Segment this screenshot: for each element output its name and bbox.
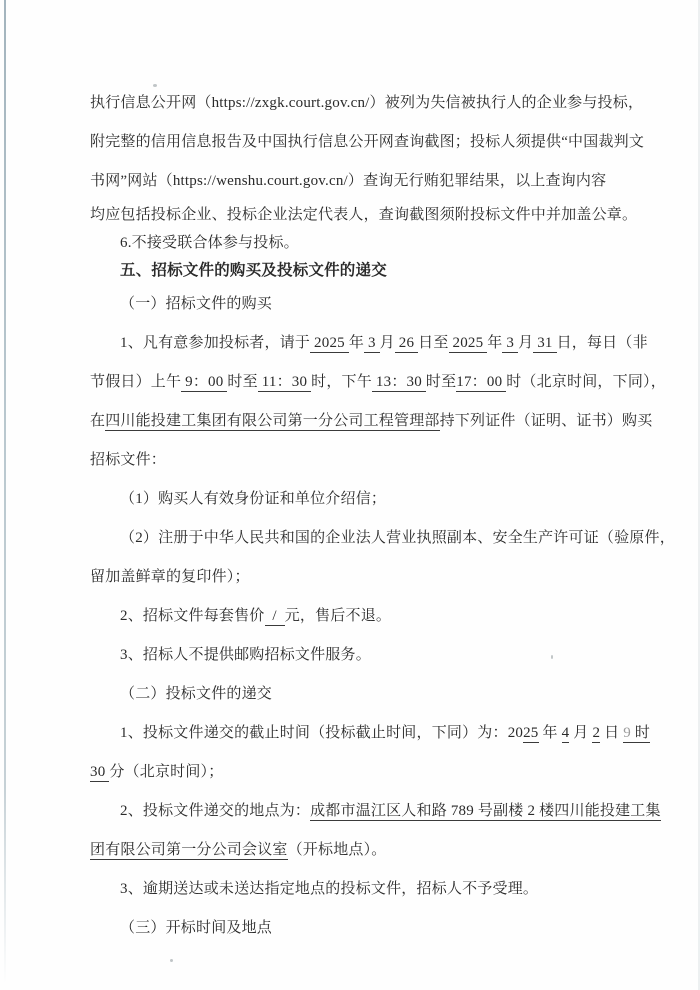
underlined-text-segment: 2025 [449,335,488,353]
underlined-text-segment: 13：30 [372,374,426,392]
underlined-text-segment: 3 [364,335,380,353]
text-line: 书网”网站（https://wenshu.court.gov.cn/）查询无行贿… [90,162,614,201]
underlined-text-segment: 9：00 [181,374,227,392]
text-segment: 均应包括投标企业、投标企业法定代表人，查询截图须附投标文件中并加盖公章。 [90,207,637,223]
text-segment: 时（北京时间，下同）， [506,374,666,390]
text-segment: 节假日）上午 [90,374,181,390]
text-segment: 月 [518,335,533,351]
underlined-text-segment: 2025 [310,335,349,353]
text-segment: 招标文件： [90,452,166,468]
text-segment: 2、投标文件递交的地点为： [120,803,310,819]
underlined-text-segment: / [265,608,285,626]
underlined-text-segment: 2 [592,725,600,743]
text-segment: 1、投标文件递交的截止时间（投标截止时间，下同）为：20 [120,725,523,741]
text-segment: 3、逾期送达或未送达指定地点的投标文件，招标人不予受理。 [120,881,538,897]
text-segment: 时至 [227,374,257,390]
text-line: 2、投标文件递交的地点为：成都市温江区人和路 789 号副楼 2 楼四川能投建工… [90,792,614,831]
underlined-text-segment: 3 [502,335,518,353]
text-line: （二）投标文件的递交 [90,675,614,714]
underlined-text-segment: 成都市温江区人和路 789 号副楼 2 楼四川能投建工集 [310,803,661,821]
text-segment: 月 [569,725,592,741]
text-line: 2、招标文件每套售价 / 元，售后不退。 [90,597,614,636]
text-line: 留加盖鲜章的复印件）； [90,558,614,597]
underlined-text-segment: 31 [533,335,556,353]
underlined-text-segment: 30 [90,764,109,782]
text-segment: （三）开标时间及地点 [120,920,272,936]
text-segment: 3、招标人不提供邮购招标文件服务。 [120,647,371,663]
text-segment: 执行信息公开网（https://zxgk.court.gov.cn/）被列为失信… [90,95,643,111]
text-segment: 2、招标文件每套售价 [120,608,265,624]
text-segment: （1）购买人有效身份证和单位介绍信； [120,491,386,507]
text-line: 团有限公司第一分公司会议室（开标地点）。 [90,831,614,870]
underlined-text-segment: 四川能投建工集团有限公司第一分公司工程管理部 [105,413,439,431]
underlined-text-segment: 团有限公司第一分公司会议室 [90,842,288,860]
underlined-text-segment: 11：30 [258,374,311,392]
text-line: （一）招标文件的购买 [90,285,614,324]
text-line: 30 分（北京时间）； [90,753,614,792]
text-segment: 时至 [426,374,456,390]
text-segment: 6.不接受联合体参与投标。 [120,235,299,251]
text-segment: 日 [600,725,623,741]
scan-speck [170,959,173,962]
scan-artifact-left [4,0,6,984]
text-line: 附完整的信用信息报告及中国执行信息公开网查询截图；投标人须提供“中国裁判文 [90,123,614,162]
text-line: 均应包括投标企业、投标企业法定代表人，查询截图须附投标文件中并加盖公章。 [90,201,614,229]
underlined-text-segment: 25 [523,725,538,743]
text-segment: 年 [539,725,562,741]
text-segment: 1、凡有意参加投标者，请于 [120,335,310,351]
text-line: 3、逾期送达或未送达指定地点的投标文件，招标人不予受理。 [90,870,614,909]
text-segment: 时，下午 [311,374,372,390]
text-line: （三）开标时间及地点 [90,909,614,948]
text-segment: 在 [90,413,105,429]
text-segment: 年 [349,335,364,351]
text-line: 1、凡有意参加投标者，请于 2025 年 3 月 26 日至 2025 年 3 … [90,324,614,363]
text-line: （2）注册于中华人民共和国的企业法人营业执照副本、安全生产许可证（验原件， [90,519,614,558]
text-line: 招标文件： [90,441,614,480]
underlined-text-segment: 17：00 [456,374,506,392]
text-segment: 书网”网站（https://wenshu.court.gov.cn/）查询无行贿… [90,173,606,189]
text-segment: 月 [380,335,395,351]
text-segment: （开标地点）。 [288,842,387,858]
text-segment: （二）投标文件的递交 [120,686,272,702]
text-line: 节假日）上午 9：00 时至 11：30 时，下午 13：30 时至17：00 … [90,363,614,402]
document-content: 执行信息公开网（https://zxgk.court.gov.cn/）被列为失信… [90,84,614,948]
text-segment: （2）注册于中华人民共和国的企业法人营业执照副本、安全生产许可证（验原件， [120,530,675,546]
text-segment: 附完整的信用信息报告及中国执行信息公开网查询截图；投标人须提供“中国裁判文 [90,134,644,150]
text-line: 6.不接受联合体参与投标。 [90,229,614,257]
text-line: 在四川能投建工集团有限公司第一分公司工程管理部持下列证件（证明、证书）购买 [90,402,614,441]
text-segment: 分（北京时间）； [109,764,223,780]
underlined-text-segment: 9 [623,725,631,743]
text-segment: 日至 [418,335,448,351]
text-line: 执行信息公开网（https://zxgk.court.gov.cn/）被列为失信… [90,84,614,123]
text-segment: 留加盖鲜章的复印件）； [90,569,250,585]
text-segment: 元，售后不退。 [285,608,391,624]
text-line: 1、投标文件递交的截止时间（投标截止时间，下同）为：2025 年 4 月 2 日… [90,714,614,753]
document-page: 执行信息公开网（https://zxgk.court.gov.cn/）被列为失信… [0,0,700,990]
text-line: （1）购买人有效身份证和单位介绍信； [90,480,614,519]
underlined-text-segment: 时 [631,725,650,743]
text-segment: 持下列证件（证明、证书）购买 [440,413,653,429]
text-segment: 年 [487,335,502,351]
text-line: 3、招标人不提供邮购招标文件服务。 [90,636,614,675]
text-segment: 日，每日（非 [557,335,648,351]
text-segment: （一）招标文件的购买 [120,296,272,312]
text-segment: 五、招标文件的购买及投标文件的递交 [120,262,387,279]
underlined-text-segment: 26 [395,335,418,353]
section-heading-line: 五、招标文件的购买及投标文件的递交 [90,257,614,285]
